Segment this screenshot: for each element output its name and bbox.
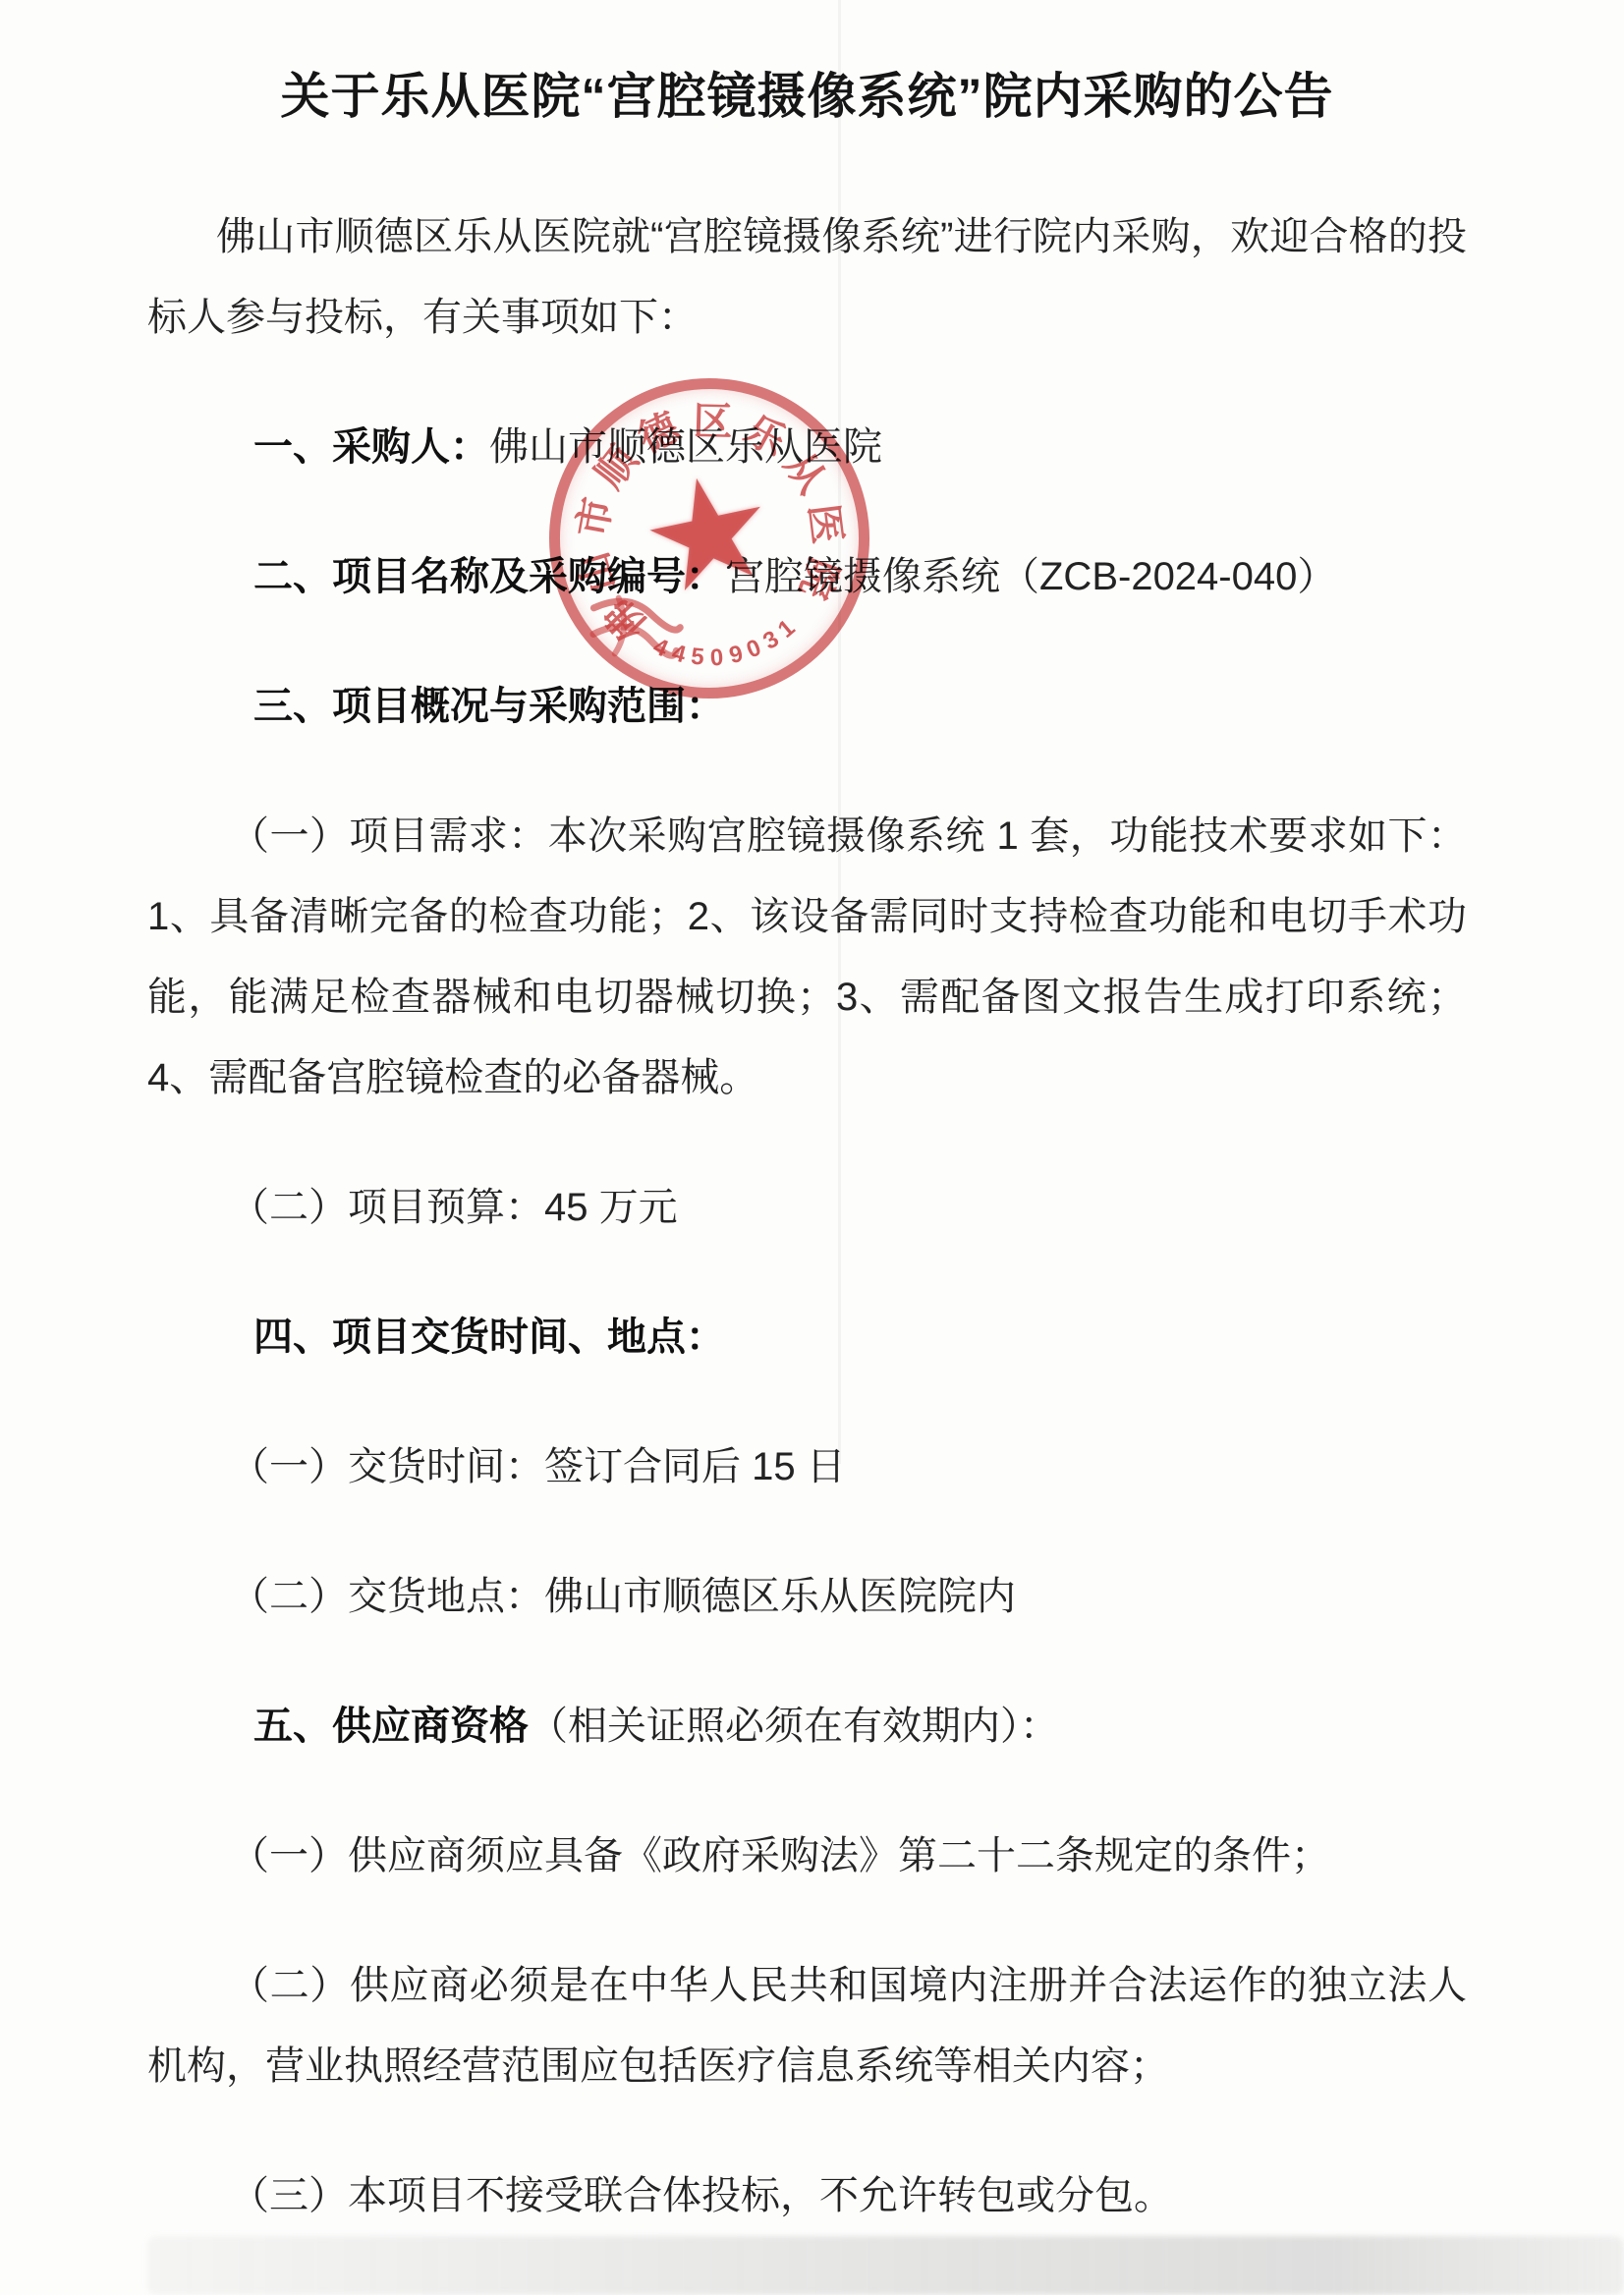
paragraph-supplier-condition-3: （三）本项目不接受联合体投标，不允许转包或分包。 — [147, 2155, 1467, 2236]
section-project-name-value: 宫腔镜摄像系统（ZCB-2024-040） — [725, 555, 1336, 598]
scan-artifact-vertical-line — [838, 0, 841, 1464]
seal-serial-digit: 4 — [669, 642, 688, 668]
paragraph-delivery-time: （一）交货时间：签订合同后 15 日 — [147, 1427, 1467, 1507]
seal-serial-digit: 0 — [744, 636, 764, 662]
paragraph-supplier-condition-1: （一）供应商须应具备《政府采购法》第二十二条规定的条件； — [147, 1816, 1467, 1896]
scanned-document-page: 关于乐从医院“宫腔镜摄像系统”院内采购的公告 佛山市顺德区乐从医院就“宫腔镜摄像… — [0, 0, 1624, 2295]
paragraph-delivery-place: （二）交货地点：佛山市顺德区乐从医院院内 — [147, 1556, 1467, 1637]
section-purchaser-value: 佛山市顺德区乐从医院 — [489, 425, 882, 469]
seal-arc-char: 市 — [573, 495, 618, 540]
scan-artifact-bottom-smudge — [147, 2236, 1624, 2295]
seal-serial-digit: 1 — [774, 616, 800, 643]
section-scope-heading: 三、项目概况与采购范围： — [147, 666, 1467, 747]
seal-serial-digit: 4 — [649, 635, 671, 661]
intro-paragraph: 佛山市顺德区乐从医院就“宫腔镜摄像系统”进行院内采购，欢迎合格的投标人参与投标，… — [147, 196, 1467, 358]
seal-serial-digit: 3 — [759, 628, 783, 654]
paragraph-supplier-condition-2: （二）供应商必须是在中华人民共和国境内注册并合法运作的独立法人机构，营业执照经营… — [147, 1945, 1467, 2106]
section-project-name-label: 二、项目名称及采购编号： — [253, 555, 725, 598]
paragraph-project-requirements: （一）项目需求：本次采购宫腔镜摄像系统 1 套，功能技术要求如下：1、具备清晰完… — [147, 796, 1467, 1118]
section-purchaser: 一、采购人：佛山市顺德区乐从医院 — [147, 407, 1467, 487]
paragraph-project-budget: （二）项目预算：45 万元 — [147, 1167, 1467, 1248]
section-supplier-qualification-note: （相关证照必须在有效期内）： — [529, 1705, 1059, 1748]
section-supplier-qualification: 五、供应商资格（相关证照必须在有效期内）： — [147, 1686, 1467, 1766]
seal-serial-digit: 9 — [727, 643, 745, 668]
section-project-name: 二、项目名称及采购编号：宫腔镜摄像系统（ZCB-2024-040） — [147, 536, 1467, 617]
seal-arc-text: 佛山市顺德区乐从医院44509031 — [520, 349, 833, 416]
section-supplier-qualification-label: 五、供应商资格 — [253, 1705, 529, 1748]
section-purchaser-label: 一、采购人： — [253, 425, 489, 469]
section-delivery-heading: 四、项目交货时间、地点： — [147, 1297, 1467, 1377]
document-title: 关于乐从医院“宫腔镜摄像系统”院内采购的公告 — [147, 57, 1467, 128]
